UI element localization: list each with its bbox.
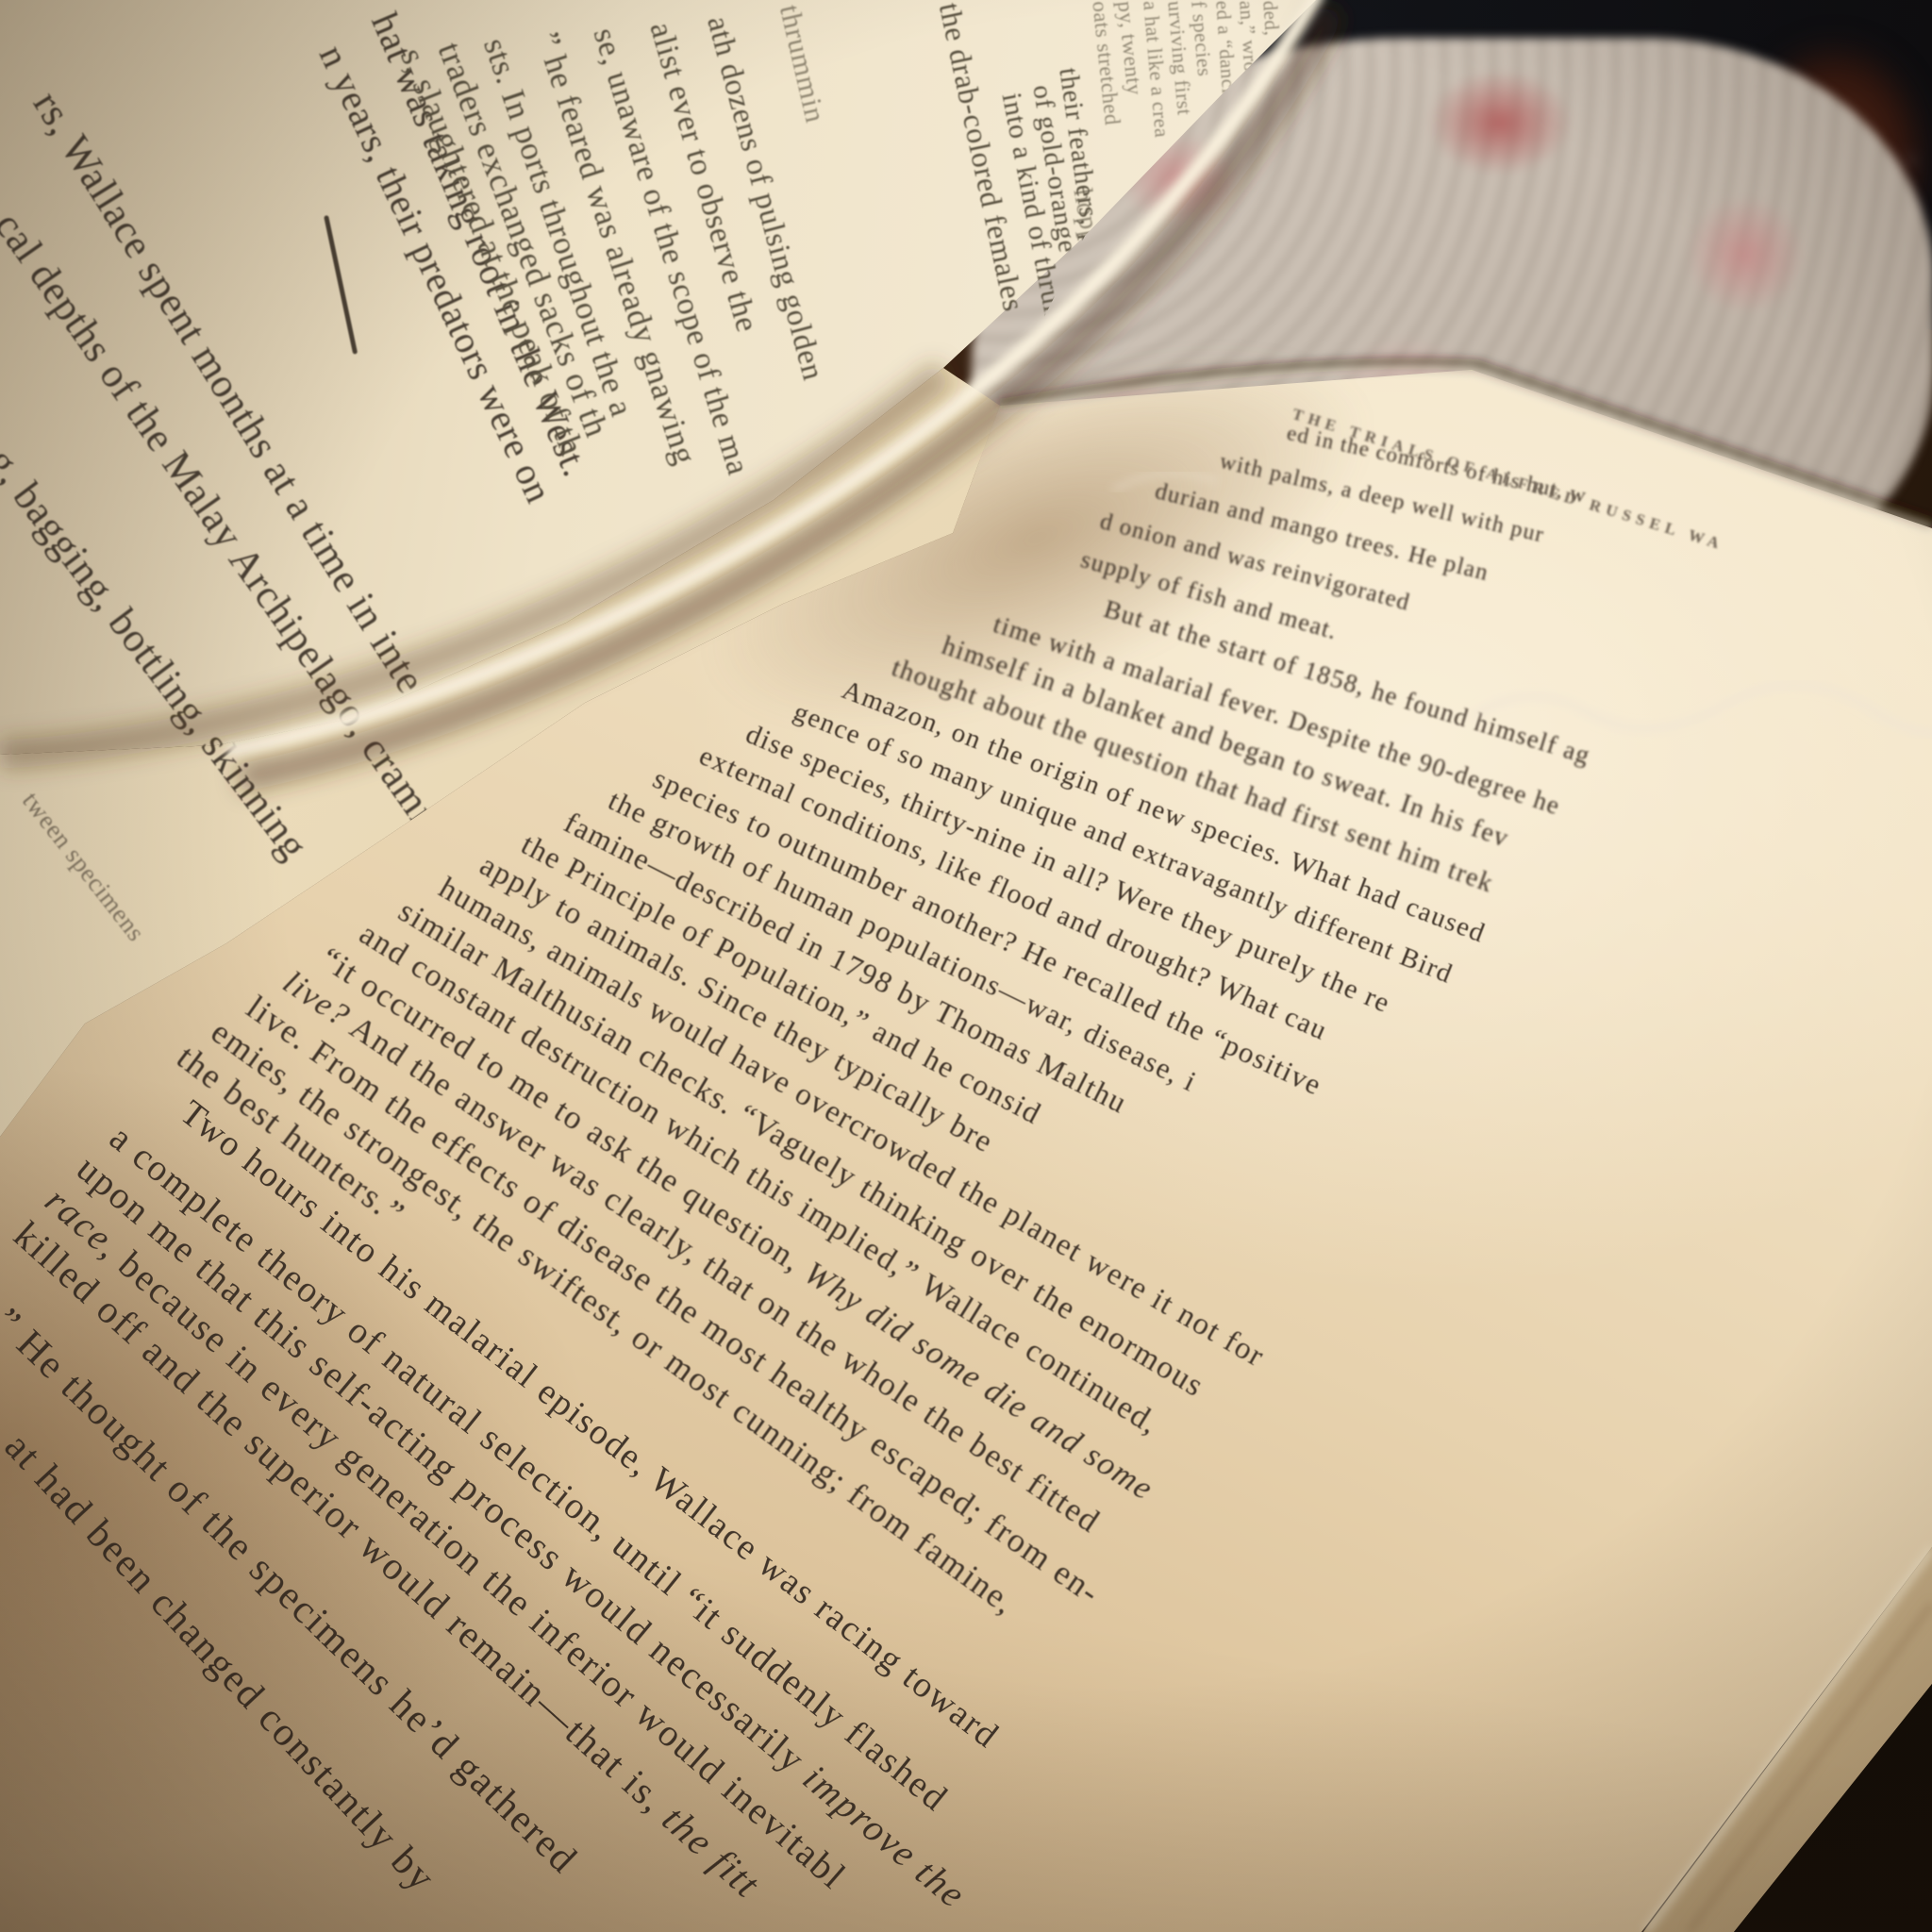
photo-edge-overlay [0, 0, 1932, 1932]
doily-fringe-threads [1472, 685, 1932, 733]
doily-thread [1113, 474, 1217, 491]
page-top-edge-highlight [1000, 369, 1932, 528]
fore-edge-highlight [1645, 1549, 1932, 1932]
fore-edge-line [1689, 1604, 1932, 1932]
book-photo: ed in the comforts of his hut, wwith pal… [0, 0, 1932, 1932]
curl-edge-highlight [226, 0, 1319, 750]
